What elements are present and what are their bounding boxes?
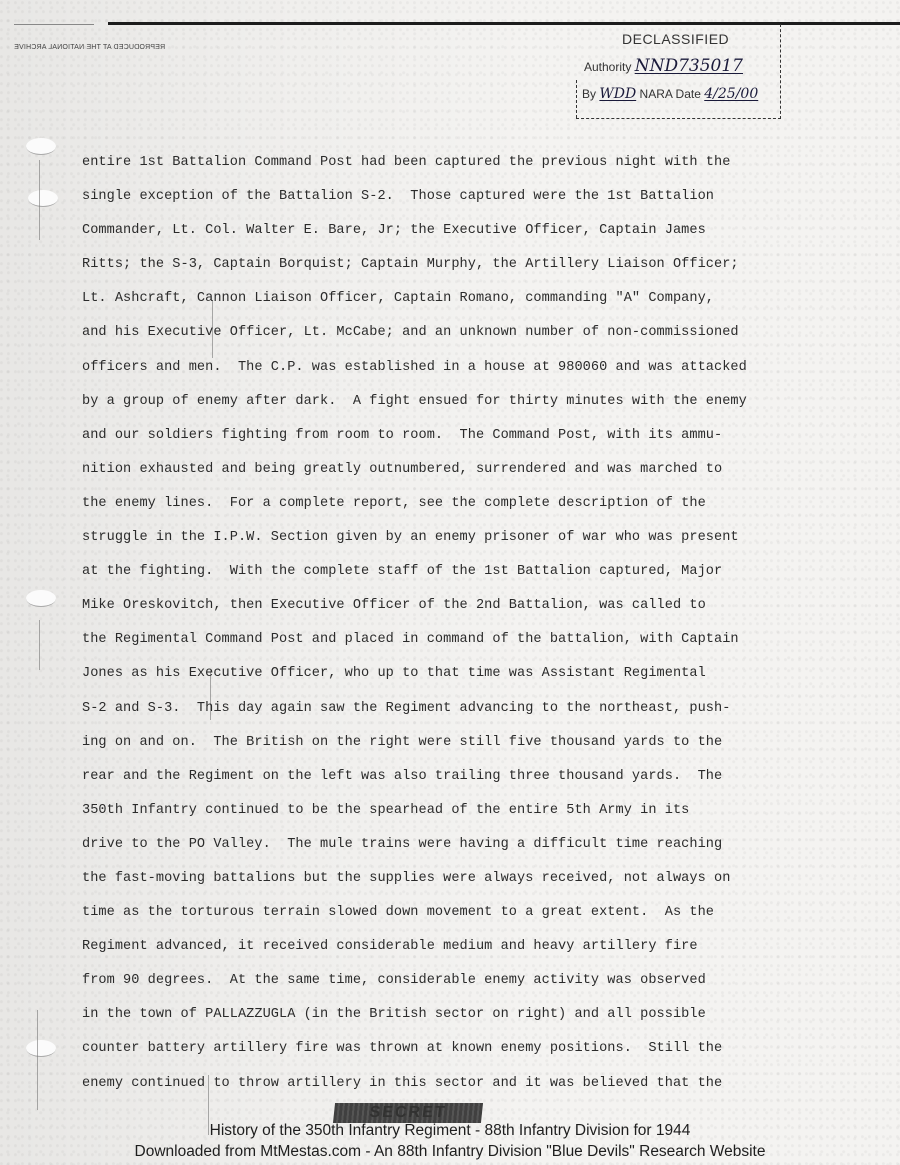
text-line: by a group of enemy after dark. A fight … xyxy=(82,385,782,419)
text-line: and his Executive Officer, Lt. McCabe; a… xyxy=(82,316,782,350)
text-line: the enemy lines. For a complete report, … xyxy=(82,487,782,521)
stamp-border-left xyxy=(576,80,578,118)
text-line: counter battery artillery fire was throw… xyxy=(82,1032,782,1066)
footer-source: Downloaded from MtMestas.com - An 88th I… xyxy=(0,1143,900,1161)
text-line: Commander, Lt. Col. Walter E. Bare, Jr; … xyxy=(82,214,782,248)
text-line: nition exhausted and being greatly outnu… xyxy=(82,453,782,487)
text-line: at the fighting. With the complete staff… xyxy=(82,555,782,589)
stamp-by-label: By xyxy=(582,87,596,101)
punch-hole xyxy=(28,190,58,207)
text-line: the fast-moving battalions but the suppl… xyxy=(82,862,782,896)
binder-mark xyxy=(37,1010,38,1110)
text-line: Regiment advanced, it received considera… xyxy=(82,930,782,964)
stamp-nara-date-value: 4/25/00 xyxy=(704,86,758,102)
text-line: rear and the Regiment on the left was al… xyxy=(82,760,782,794)
text-line: from 90 degrees. At the same time, consi… xyxy=(82,964,782,998)
text-line: drive to the PO Valley. The mule trains … xyxy=(82,828,782,862)
text-line: Ritts; the S-3, Captain Borquist; Captai… xyxy=(82,248,782,282)
text-line: ing on and on. The British on the right … xyxy=(82,726,782,760)
binder-mark xyxy=(39,160,40,240)
text-line: struggle in the I.P.W. Section given by … xyxy=(82,521,782,555)
stamp-title: DECLASSIFIED xyxy=(622,31,729,47)
document-body: entire 1st Battalion Command Post had be… xyxy=(82,146,782,1101)
top-rule-left xyxy=(14,24,94,25)
text-line: in the town of PALLAZZUGLA (in the Briti… xyxy=(82,998,782,1032)
stamp-authority-label: Authority xyxy=(584,60,631,74)
stamp-nara-date-label: NARA Date xyxy=(640,87,701,101)
archive-label: REPRODUCED AT THE NATIONAL ARCHIVE xyxy=(14,44,165,51)
text-line: entire 1st Battalion Command Post had be… xyxy=(82,146,782,180)
footer-title: History of the 350th Infantry Regiment -… xyxy=(0,1122,900,1140)
text-line: single exception of the Battalion S-2. T… xyxy=(82,180,782,214)
punch-hole xyxy=(26,590,56,607)
binder-mark xyxy=(39,620,40,670)
text-line: Jones as his Executive Officer, who up t… xyxy=(82,657,782,691)
stamp-by-row: By WDD NARA Date 4/25/00 xyxy=(582,86,758,102)
stamp-authority-value: NND735017 xyxy=(635,56,743,76)
classification-stamp: SECRET xyxy=(333,1103,483,1123)
text-line: enemy continued to throw artillery in th… xyxy=(82,1067,782,1101)
text-line: and our soldiers fighting from room to r… xyxy=(82,419,782,453)
punch-hole xyxy=(26,138,56,155)
text-line: time as the torturous terrain slowed dow… xyxy=(82,896,782,930)
stamp-by-value: WDD xyxy=(599,86,636,102)
text-line: the Regimental Command Post and placed i… xyxy=(82,623,782,657)
text-line: Lt. Ashcraft, Cannon Liaison Officer, Ca… xyxy=(82,282,782,316)
text-line: 350th Infantry continued to be the spear… xyxy=(82,794,782,828)
text-line: Mike Oreskovitch, then Executive Officer… xyxy=(82,589,782,623)
top-rule xyxy=(108,22,900,25)
text-line: officers and men. The C.P. was establish… xyxy=(82,351,782,385)
stamp-authority-row: Authority NND735017 xyxy=(584,56,743,76)
declassified-stamp: DECLASSIFIED Authority NND735017 By WDD … xyxy=(576,24,781,119)
punch-hole xyxy=(26,1040,56,1057)
text-line: S-2 and S-3. This day again saw the Regi… xyxy=(82,692,782,726)
